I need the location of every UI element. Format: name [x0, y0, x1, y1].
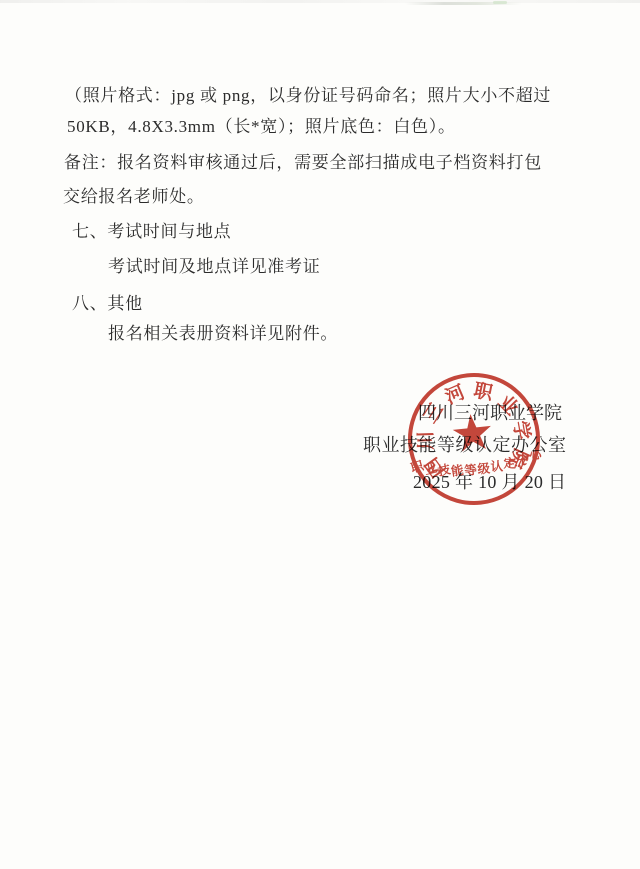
scan-edge-artifact	[0, 0, 640, 3]
section-8-heading: 八、其他	[72, 292, 143, 316]
seal-banner-char: 心	[528, 447, 543, 462]
section-7-body: 考试时间及地点详见准考证	[108, 255, 320, 279]
scan-speck-artifact	[493, 1, 507, 4]
section-7-heading: 七、考试时间与地点	[72, 220, 231, 244]
photo-format-line-1: （照片格式：jpg 或 png，以身份证号码命名；照片大小不超过	[65, 84, 551, 108]
section-8-body: 报名相关表册资料详见附件。	[108, 322, 338, 346]
remark-line-1: 备注：报名资料审核通过后，需要全部扫描成电子档资料打包	[64, 151, 542, 175]
seal-banner-text: 职业技能等级认定中心	[397, 362, 551, 516]
official-seal: 四川三河职业学院 ★ 职业技能等级认定中心	[397, 362, 551, 516]
scanned-notice-page: （照片格式：jpg 或 png，以身份证号码命名；照片大小不超过 50KB，4.…	[0, 0, 640, 869]
photo-format-line-2: 50KB，4.8X3.3mm（长*宽）；照片底色：白色）。	[67, 115, 456, 139]
scan-smudge-artifact	[405, 2, 535, 5]
remark-line-2: 交给报名老师处。	[63, 185, 205, 209]
